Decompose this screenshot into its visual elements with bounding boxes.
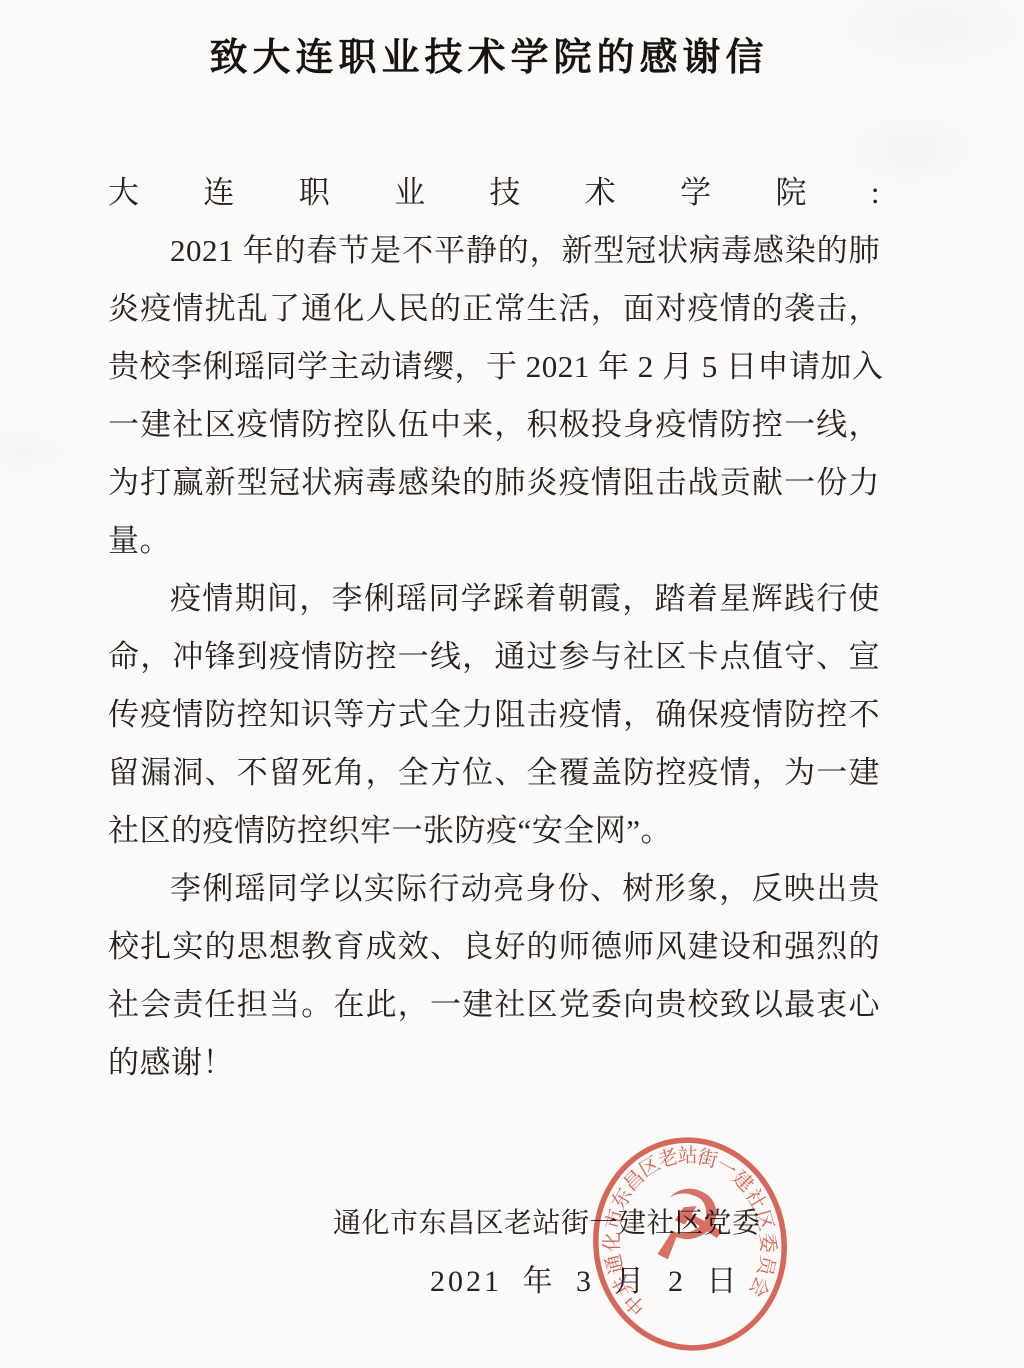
seal-ring-char: 建 [728,1166,758,1196]
letter-content: 大连职业技术学院: 2021 年的春节是不平静的，新型冠状病毒感染的肺炎疫情扰乱… [108,164,880,1092]
letter-line: 炎疫情扰乱了通化人民的正常生活，面对疫情的袭击， [108,280,880,338]
letter-line: 社会责任担当。在此，一建社区党委向贵校致以最衷心 [108,976,880,1034]
scanned-letter-page: 致大连职业技术学院的感谢信 大连职业技术学院: 2021 年的春节是不平静的，新… [0,0,1024,1368]
signature-line: 通化市东昌区老站街一建社区党委 [333,1206,761,1242]
date-line: 2021 年 3 月 2 日 [430,1264,740,1300]
official-seal: 中共通化市东昌区老站街一建社区委员会 ☭ [588,1132,792,1356]
letter-body: 2021 年的春节是不平静的，新型冠状病毒感染的肺炎疫情扰乱了通化人民的正常生活… [108,222,880,1092]
letter-line: 传疫情防控知识等方式全力阻击疫情，确保疫情防控不 [108,686,880,744]
seal-ring-char: 区 [635,1152,664,1182]
letter-line: 为打赢新型冠状病毒感染的肺炎疫情阻击战贡献一份力 [108,454,880,512]
seal-ring-char: 昌 [619,1166,649,1196]
letter-line: 留漏洞、不留死角，全方位、全覆盖防控疫情，为一建 [108,744,880,802]
letter-line: 疫情期间，李俐瑶同学踩着朝霞，踏着星辉践行使 [108,570,880,628]
letter-line: 的感谢！ [108,1034,880,1092]
letter-line: 一建社区疫情防控队伍中来，积极投身疫情防控一线， [108,396,880,454]
seal-ring-char: 会 [744,1273,774,1301]
letter-line: 李俐瑶同学以实际行动亮身份、树形象，反映出贵 [108,860,880,918]
seal-ring-char: 街 [695,1145,720,1172]
letter-title: 致大连职业技术学院的感谢信 [0,26,1024,81]
letter-line: 社区的疫情防控织牢一张防疫“安全网”。 [108,802,880,860]
seal-ring [588,1132,792,1356]
letter-line: 校扎实的思想教育成效、良好的师德师风建设和强烈的 [108,918,880,976]
letter-line: 贵校李俐瑶同学主动请缨，于 2021 年 2 月 5 日申请加入 [108,338,880,396]
letter-line: 2021 年的春节是不平静的，新型冠状病毒感染的肺 [108,222,880,280]
letter-line: 命，冲锋到疫情防控一线，通过参与社区卡点值守、宣 [108,628,880,686]
seal-ring-char: 一 [712,1154,740,1183]
letter-salutation: 大连职业技术学院: [108,164,880,222]
letter-line: 量。 [108,512,880,570]
seal-ring-char: 老 [655,1145,680,1172]
seal-ring-char: 站 [678,1144,698,1167]
seal-ring-char: 员 [752,1253,779,1280]
